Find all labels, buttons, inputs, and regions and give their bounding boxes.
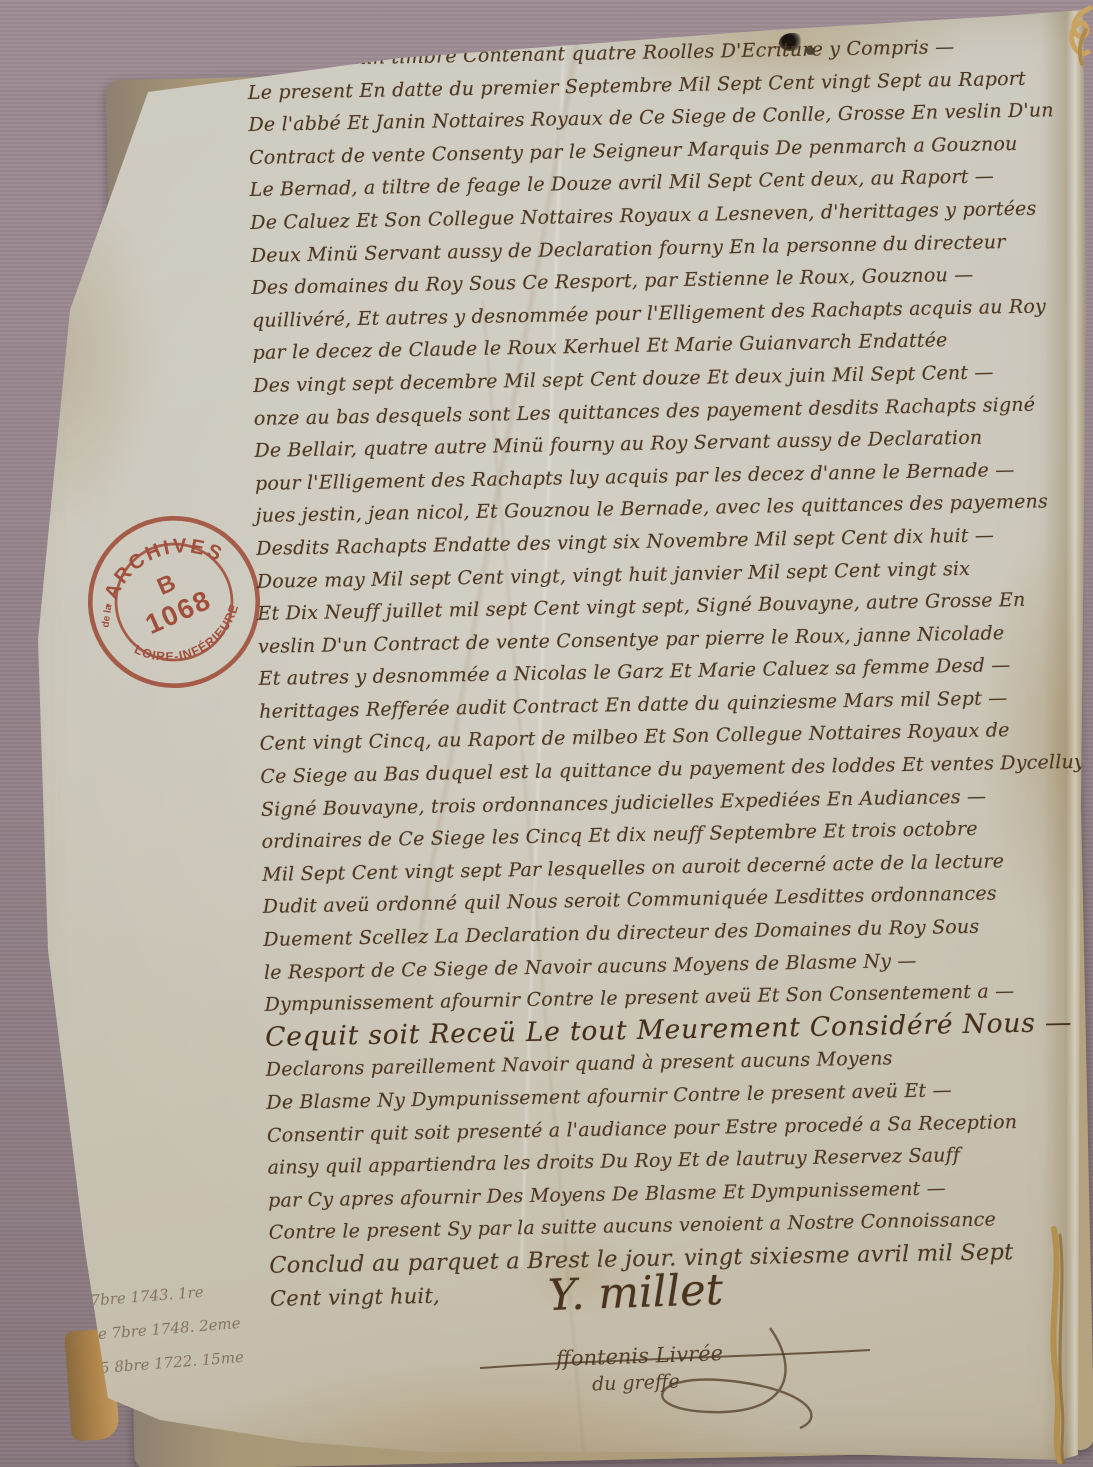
signature-millet: Y. millet [547, 1265, 724, 1321]
margin-notes: Lu le 5 7bre 1743. 1reLu le 19e 7bre 174… [32, 1272, 245, 1390]
stamp-de-la: de la [100, 604, 114, 629]
photo-background: De parchemin timbré Contenant quatre Roo… [0, 0, 1093, 1467]
manuscript-text: De parchemin timbré Contenant quatre Roo… [247, 29, 1080, 1315]
thread-knot-icon [1036, 0, 1093, 80]
parchment-page: De parchemin timbré Contenant quatre Roo… [0, 0, 1093, 1467]
binding-string-icon [1026, 1225, 1092, 1467]
signature-flourish [470, 1320, 890, 1440]
